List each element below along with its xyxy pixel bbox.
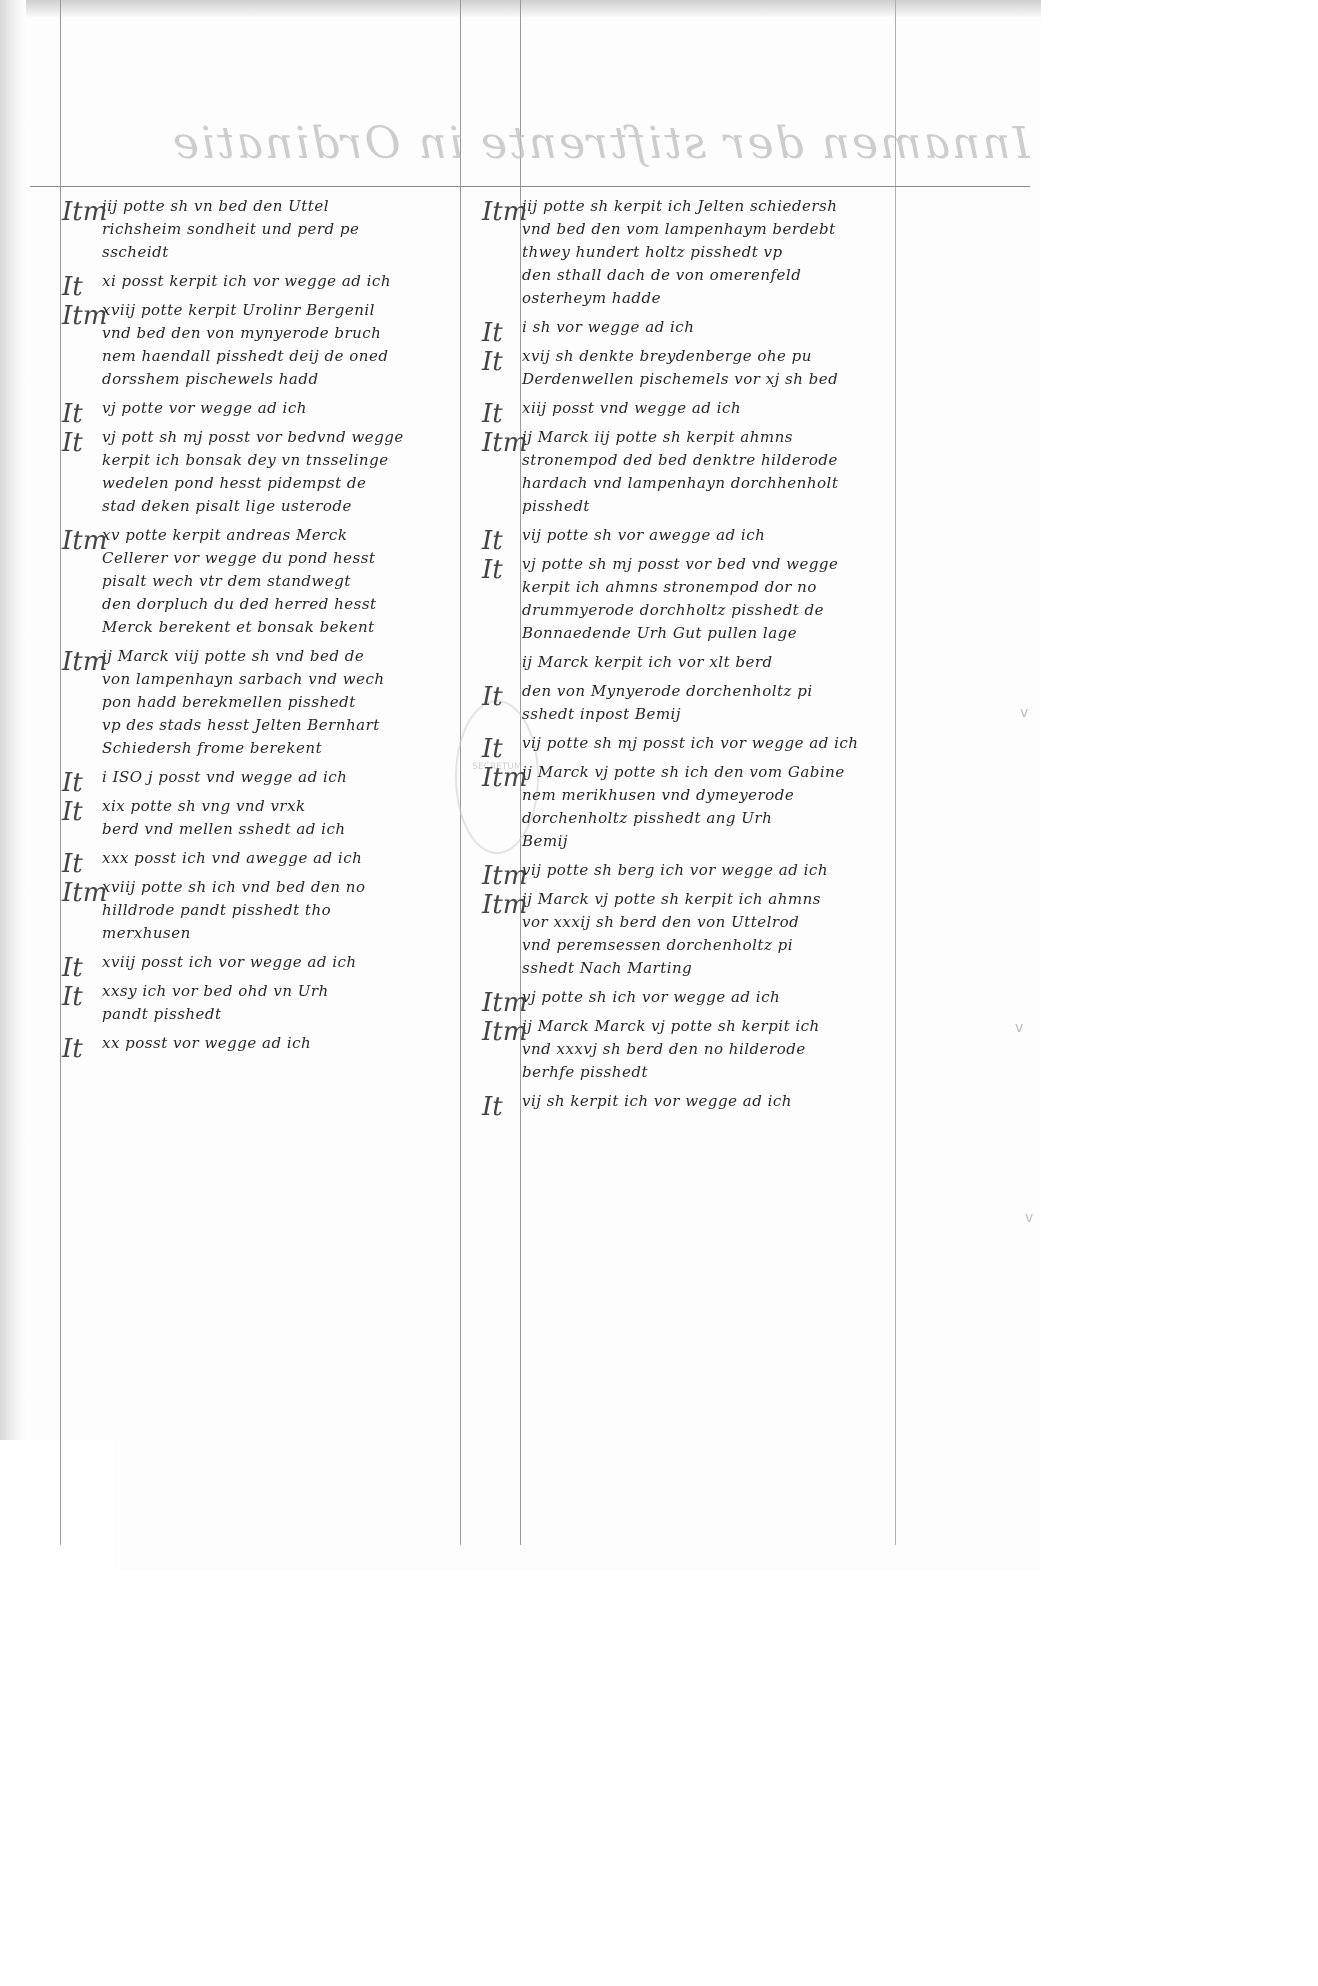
ledger-entry: Itxix potte sh vng vnd vrxkberd vnd mell… — [102, 795, 462, 841]
item-marker: It — [482, 734, 503, 764]
entry-line: merxhusen — [102, 922, 462, 945]
ledger-entry: Itmij Marck vj potte sh ich den vom Gabi… — [522, 761, 902, 853]
entry-line: pisshedt — [522, 495, 902, 518]
item-marker: Itm — [482, 988, 527, 1018]
entry-line: iij potte sh kerpit ich Jelten schieders… — [522, 195, 902, 218]
item-marker: Itm — [482, 861, 527, 891]
entry-line: vj potte sh mj posst vor bed vnd wegge — [522, 553, 902, 576]
entry-line: vj potte sh ich vor wegge ad ich — [522, 986, 902, 1009]
margin-mark: v — [1020, 705, 1028, 721]
entry-line: xxx posst ich vnd awegge ad ich — [102, 847, 462, 870]
entry-line: den sthall dach de von omerenfeld — [522, 264, 902, 287]
item-marker: Itm — [62, 878, 107, 908]
entry-line: xviij posst ich vor wegge ad ich — [102, 951, 462, 974]
ledger-entry: Itmxviij potte sh ich vnd bed den nohill… — [102, 876, 462, 945]
ledger-entry: Itxxx posst ich vnd awegge ad ich — [102, 847, 462, 870]
entry-line: Schiedersh frome berekent — [102, 737, 462, 760]
item-marker: It — [62, 768, 83, 798]
item-marker: Itm — [62, 647, 107, 677]
entry-line: osterheym hadde — [522, 287, 902, 310]
entry-line: hardach vnd lampenhayn dorchhenholt — [522, 472, 902, 495]
entry-line: stronempod ded bed denktre hilderode — [522, 449, 902, 472]
entry-line: Bemij — [522, 830, 902, 853]
item-marker: It — [62, 428, 83, 458]
ledger-entry: Itmxviij potte kerpit Urolinr Bergenilvn… — [102, 299, 462, 391]
entry-line: Derdenwellen pischemels vor xj sh bed — [522, 368, 902, 391]
entry-line: xviij potte sh ich vnd bed den no — [102, 876, 462, 899]
item-marker: It — [62, 272, 83, 302]
entry-line: wedelen pond hesst pidempst de — [102, 472, 462, 495]
entry-line: xvij sh denkte breydenberge ohe pu — [522, 345, 902, 368]
ledger-entry: Itxx posst vor wegge ad ich — [102, 1032, 462, 1055]
entry-line: ij Marck vj potte sh kerpit ich ahmns — [522, 888, 902, 911]
ledger-entry: Itvj potte vor wegge ad ich — [102, 397, 462, 420]
ledger-entry: Iti ISO j posst vnd wegge ad ich — [102, 766, 462, 789]
ledger-entry: Itxxsy ich vor bed ohd vn Urhpandt pissh… — [102, 980, 462, 1026]
entry-line: vnd xxxvj sh berd den no hilderode — [522, 1038, 902, 1061]
entry-line: vj pott sh mj posst vor bedvnd wegge — [102, 426, 462, 449]
item-marker: Itm — [482, 197, 527, 227]
ledger-entry: Itmvj potte sh ich vor wegge ad ich — [522, 986, 902, 1009]
ledger-entry: Iti sh vor wegge ad ich — [522, 316, 902, 339]
item-marker: It — [482, 347, 503, 377]
entry-line: iij potte sh vn bed den Uttel — [102, 195, 462, 218]
item-marker: It — [482, 399, 503, 429]
item-marker: Itm — [482, 763, 527, 793]
entry-line: xiij posst vnd wegge ad ich — [522, 397, 902, 420]
item-marker: It — [482, 526, 503, 556]
entry-line: sshedt Nach Marting — [522, 957, 902, 980]
ledger-entry: Itxvij sh denkte breydenberge ohe puDerd… — [522, 345, 902, 391]
entry-line: ij Marck kerpit ich vor xlt berd — [522, 651, 902, 674]
entry-line: xv potte kerpit andreas Merck — [102, 524, 462, 547]
ledger-entry: ij Marck kerpit ich vor xlt berd — [522, 651, 902, 674]
ledger-entry: Itvj potte sh mj posst vor bed vnd wegge… — [522, 553, 902, 645]
item-marker: Itm — [62, 197, 107, 227]
entry-line: thwey hundert holtz pisshedt vp — [522, 241, 902, 264]
entry-line: vj potte vor wegge ad ich — [102, 397, 462, 420]
ledger-entry: Itxiij posst vnd wegge ad ich — [522, 397, 902, 420]
entry-line: vij potte sh berg ich vor wegge ad ich — [522, 859, 902, 882]
page-left-edge — [0, 0, 26, 1570]
ledger-entry: Itxviij posst ich vor wegge ad ich — [102, 951, 462, 974]
ledger-entry: Itmij Marck Marck vj potte sh kerpit ich… — [522, 1015, 902, 1084]
item-marker: It — [62, 953, 83, 983]
entry-line: vij potte sh vor awegge ad ich — [522, 524, 902, 547]
item-marker: Itm — [62, 526, 107, 556]
torn-corner — [0, 1440, 115, 1570]
ledger-entry: Itmxv potte kerpit andreas MerckCellerer… — [102, 524, 462, 639]
ledger-entry: Itmij Marck viij potte sh vnd bed devon … — [102, 645, 462, 760]
entry-line: hilldrode pandt pisshedt tho — [102, 899, 462, 922]
item-marker: Itm — [62, 301, 107, 331]
item-marker: It — [62, 797, 83, 827]
margin-mark: v — [1025, 1210, 1033, 1226]
ledger-entry: Itvj pott sh mj posst vor bedvnd weggeke… — [102, 426, 462, 518]
entry-line: vnd bed den vom lampenhaym berdebt — [522, 218, 902, 241]
entry-line: sscheidt — [102, 241, 462, 264]
entry-line: dorsshem pischewels hadd — [102, 368, 462, 391]
entry-line: ij Marck viij potte sh vnd bed de — [102, 645, 462, 668]
item-marker: Itm — [482, 890, 527, 920]
entry-line: xx posst vor wegge ad ich — [102, 1032, 462, 1055]
ruled-line-header — [30, 186, 1030, 187]
entry-line: xi posst kerpit ich vor wegge ad ich — [102, 270, 462, 293]
item-marker: Itm — [482, 1017, 527, 1047]
ledger-entry: Itvij sh kerpit ich vor wegge ad ich — [522, 1090, 902, 1113]
entry-line: berd vnd mellen sshedt ad ich — [102, 818, 462, 841]
ledger-entry: Itvij potte sh mj posst ich vor wegge ad… — [522, 732, 902, 755]
entry-line: Cellerer vor wegge du pond hesst — [102, 547, 462, 570]
entry-line: xxsy ich vor bed ohd vn Urh — [102, 980, 462, 1003]
item-marker: It — [482, 318, 503, 348]
ruled-line-margin-left — [60, 0, 61, 1545]
entry-line: stad deken pisalt lige usterode — [102, 495, 462, 518]
entry-line: vp des stads hesst Jelten Bernhart — [102, 714, 462, 737]
entry-line: berhfe pisshedt — [522, 1061, 902, 1084]
item-marker: It — [482, 555, 503, 585]
bleed-through-heading: Innamen der stiftrente in Ordinatie — [30, 118, 1030, 178]
entry-line: pandt pisshedt — [102, 1003, 462, 1026]
left-column: Itmiij potte sh vn bed den Uttelrichshei… — [102, 195, 462, 1061]
item-marker: It — [62, 399, 83, 429]
entry-line: i sh vor wegge ad ich — [522, 316, 902, 339]
entry-line: drummyerode dorchholtz pisshedt de — [522, 599, 902, 622]
entry-line: dorchenholtz pisshedt ang Urh — [522, 807, 902, 830]
item-marker: It — [62, 1034, 83, 1064]
entry-line: vij sh kerpit ich vor wegge ad ich — [522, 1090, 902, 1113]
entry-line: ij Marck vj potte sh ich den vom Gabine — [522, 761, 902, 784]
entry-line: den dorpluch du ded herred hesst — [102, 593, 462, 616]
entry-line: i ISO j posst vnd wegge ad ich — [102, 766, 462, 789]
item-marker: It — [482, 682, 503, 712]
entry-line: kerpit ich bonsak dey vn tnsselinge — [102, 449, 462, 472]
item-marker: It — [62, 982, 83, 1012]
ledger-entry: Itmiij potte sh vn bed den Uttelrichshei… — [102, 195, 462, 264]
ledger-entry: Itmij Marck vj potte sh kerpit ich ahmns… — [522, 888, 902, 980]
entry-line: vnd peremsessen dorchenholtz pi — [522, 934, 902, 957]
margin-mark: v — [1015, 1020, 1023, 1036]
entry-line: xix potte sh vng vnd vrxk — [102, 795, 462, 818]
entry-line: vij potte sh mj posst ich vor wegge ad i… — [522, 732, 902, 755]
item-marker: It — [482, 1092, 503, 1122]
entry-line: richsheim sondheit und perd pe — [102, 218, 462, 241]
entry-line: sshedt inpost Bemij — [522, 703, 902, 726]
entry-line: nem merikhusen vnd dymeyerode — [522, 784, 902, 807]
entry-line: ij Marck Marck vj potte sh kerpit ich — [522, 1015, 902, 1038]
item-marker: It — [62, 849, 83, 879]
manuscript-page: Innamen der stiftrente in Ordinatie SECR… — [0, 0, 1041, 1570]
entry-line: pisalt wech vtr dem standwegt — [102, 570, 462, 593]
entry-line: pon hadd berekmellen pisshedt — [102, 691, 462, 714]
entry-line: Merck berekent et bonsak bekent — [102, 616, 462, 639]
entry-line: den von Mynyerode dorchenholtz pi — [522, 680, 902, 703]
entry-line: nem haendall pisshedt deij de oned — [102, 345, 462, 368]
ledger-entry: Itmij Marck iij potte sh kerpit ahmnsstr… — [522, 426, 902, 518]
ledger-entry: Itxi posst kerpit ich vor wegge ad ich — [102, 270, 462, 293]
right-column: Itmiij potte sh kerpit ich Jelten schied… — [522, 195, 902, 1119]
ledger-entry: Itmiij potte sh kerpit ich Jelten schied… — [522, 195, 902, 310]
entry-line: ij Marck iij potte sh kerpit ahmns — [522, 426, 902, 449]
ledger-entry: Itden von Mynyerode dorchenholtz pisshed… — [522, 680, 902, 726]
entry-line: kerpit ich ahmns stronempod dor no — [522, 576, 902, 599]
entry-line: vor xxxij sh berd den von Uttelrod — [522, 911, 902, 934]
entry-line: Bonnaedende Urh Gut pullen lage — [522, 622, 902, 645]
ledger-entry: Itvij potte sh vor awegge ad ich — [522, 524, 902, 547]
entry-line: xviij potte kerpit Urolinr Bergenil — [102, 299, 462, 322]
entry-line: von lampenhayn sarbach vnd wech — [102, 668, 462, 691]
ledger-entry: Itmvij potte sh berg ich vor wegge ad ic… — [522, 859, 902, 882]
entry-line: vnd bed den von mynyerode bruch — [102, 322, 462, 345]
item-marker: Itm — [482, 428, 527, 458]
